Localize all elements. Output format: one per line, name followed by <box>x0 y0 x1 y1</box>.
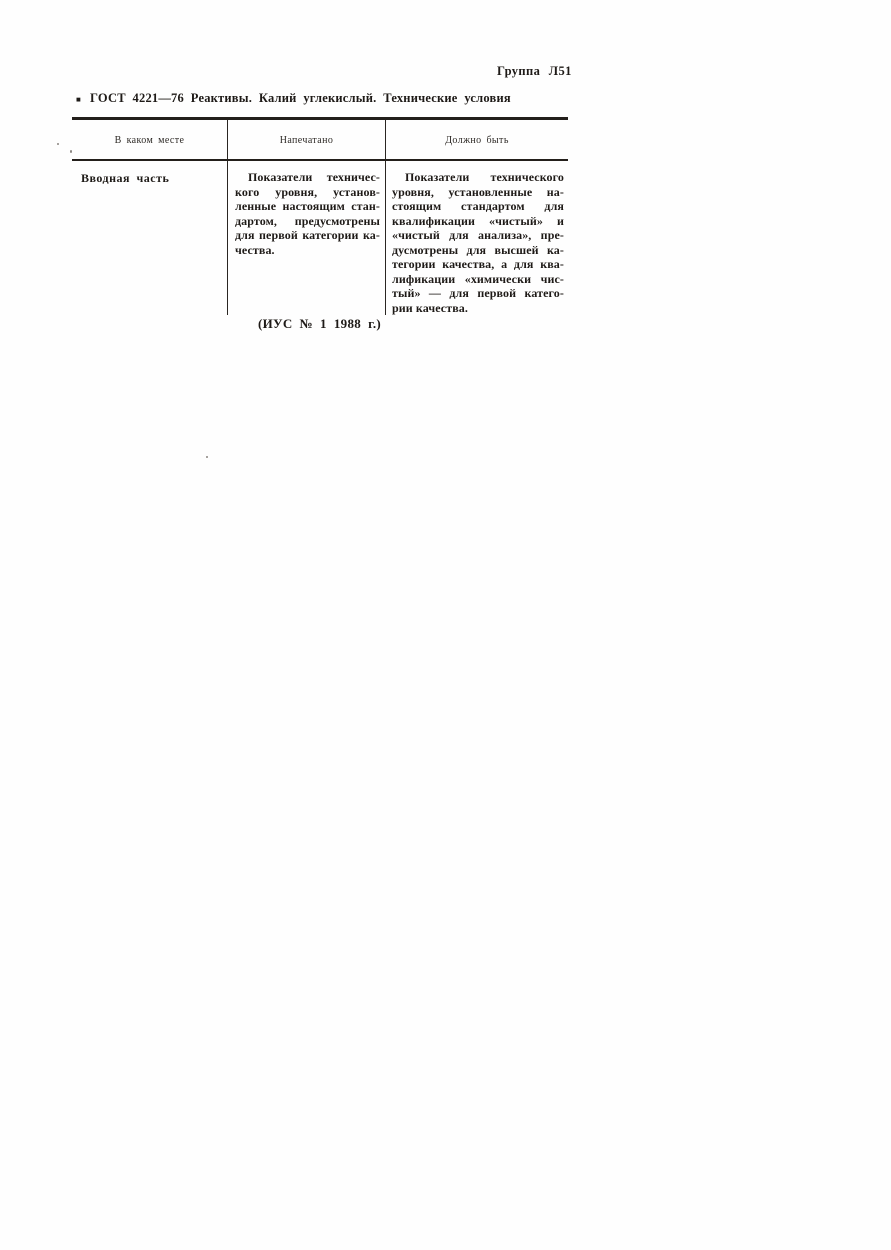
cell-location: Вводная часть <box>72 161 227 315</box>
should-be-line: лификации «химически чис- <box>392 272 564 287</box>
table-header-row: В каком месте Напечатано Должно быть <box>72 117 568 161</box>
printed-line: для первой категории ка- <box>235 228 380 243</box>
table-row: Вводная часть Показатели техничес- кого … <box>72 161 568 315</box>
document-page: Группа Л51 ■ ГОСТ 4221—76 Реактивы. Кали… <box>0 0 891 1250</box>
column-header-location: В каком месте <box>72 134 227 146</box>
scan-speck <box>70 150 72 153</box>
printed-line: кого уровня, установ- <box>235 185 380 200</box>
square-bullet-icon: ■ <box>76 96 81 104</box>
should-be-line: квалификации «чистый» и <box>392 214 564 229</box>
issue-note: (ИУС № 1 1988 г.) <box>258 316 381 332</box>
column-header-should-be: Должно быть <box>386 120 568 159</box>
printed-line: чества. <box>235 243 380 258</box>
column-header-printed: Напечатано <box>227 120 386 159</box>
should-be-line: дусмотрены для высшей ка- <box>392 243 564 258</box>
printed-line: Показатели техничес- <box>235 170 380 185</box>
should-be-line: тый» — для первой катего- <box>392 286 564 301</box>
should-be-line: рии качества. <box>392 301 564 316</box>
title-text: ГОСТ 4221—76 Реактивы. Калий углекислый.… <box>90 91 511 106</box>
should-be-line: тегории качества, а для ква- <box>392 257 564 272</box>
should-be-line: «чистый для анализа», пре- <box>392 228 564 243</box>
cell-should-be: Показатели технического уровня, установл… <box>386 161 568 315</box>
scan-speck <box>57 143 59 145</box>
document-title: ■ ГОСТ 4221—76 Реактивы. Калий углекислы… <box>76 91 511 106</box>
group-label: Группа Л51 <box>497 64 572 79</box>
errata-table: В каком месте Напечатано Должно быть Вво… <box>72 117 568 315</box>
scan-speck <box>206 456 208 458</box>
should-be-line: уровня, установленные на- <box>392 185 564 200</box>
printed-line: ленные настоящим стан- <box>235 199 380 214</box>
printed-line: дартом, предусмотрены <box>235 214 380 229</box>
location-text: Вводная часть <box>81 171 221 186</box>
cell-printed: Показатели техничес- кого уровня, устано… <box>227 161 386 315</box>
should-be-line: Показатели технического <box>392 170 564 185</box>
should-be-line: стоящим стандартом для <box>392 199 564 214</box>
